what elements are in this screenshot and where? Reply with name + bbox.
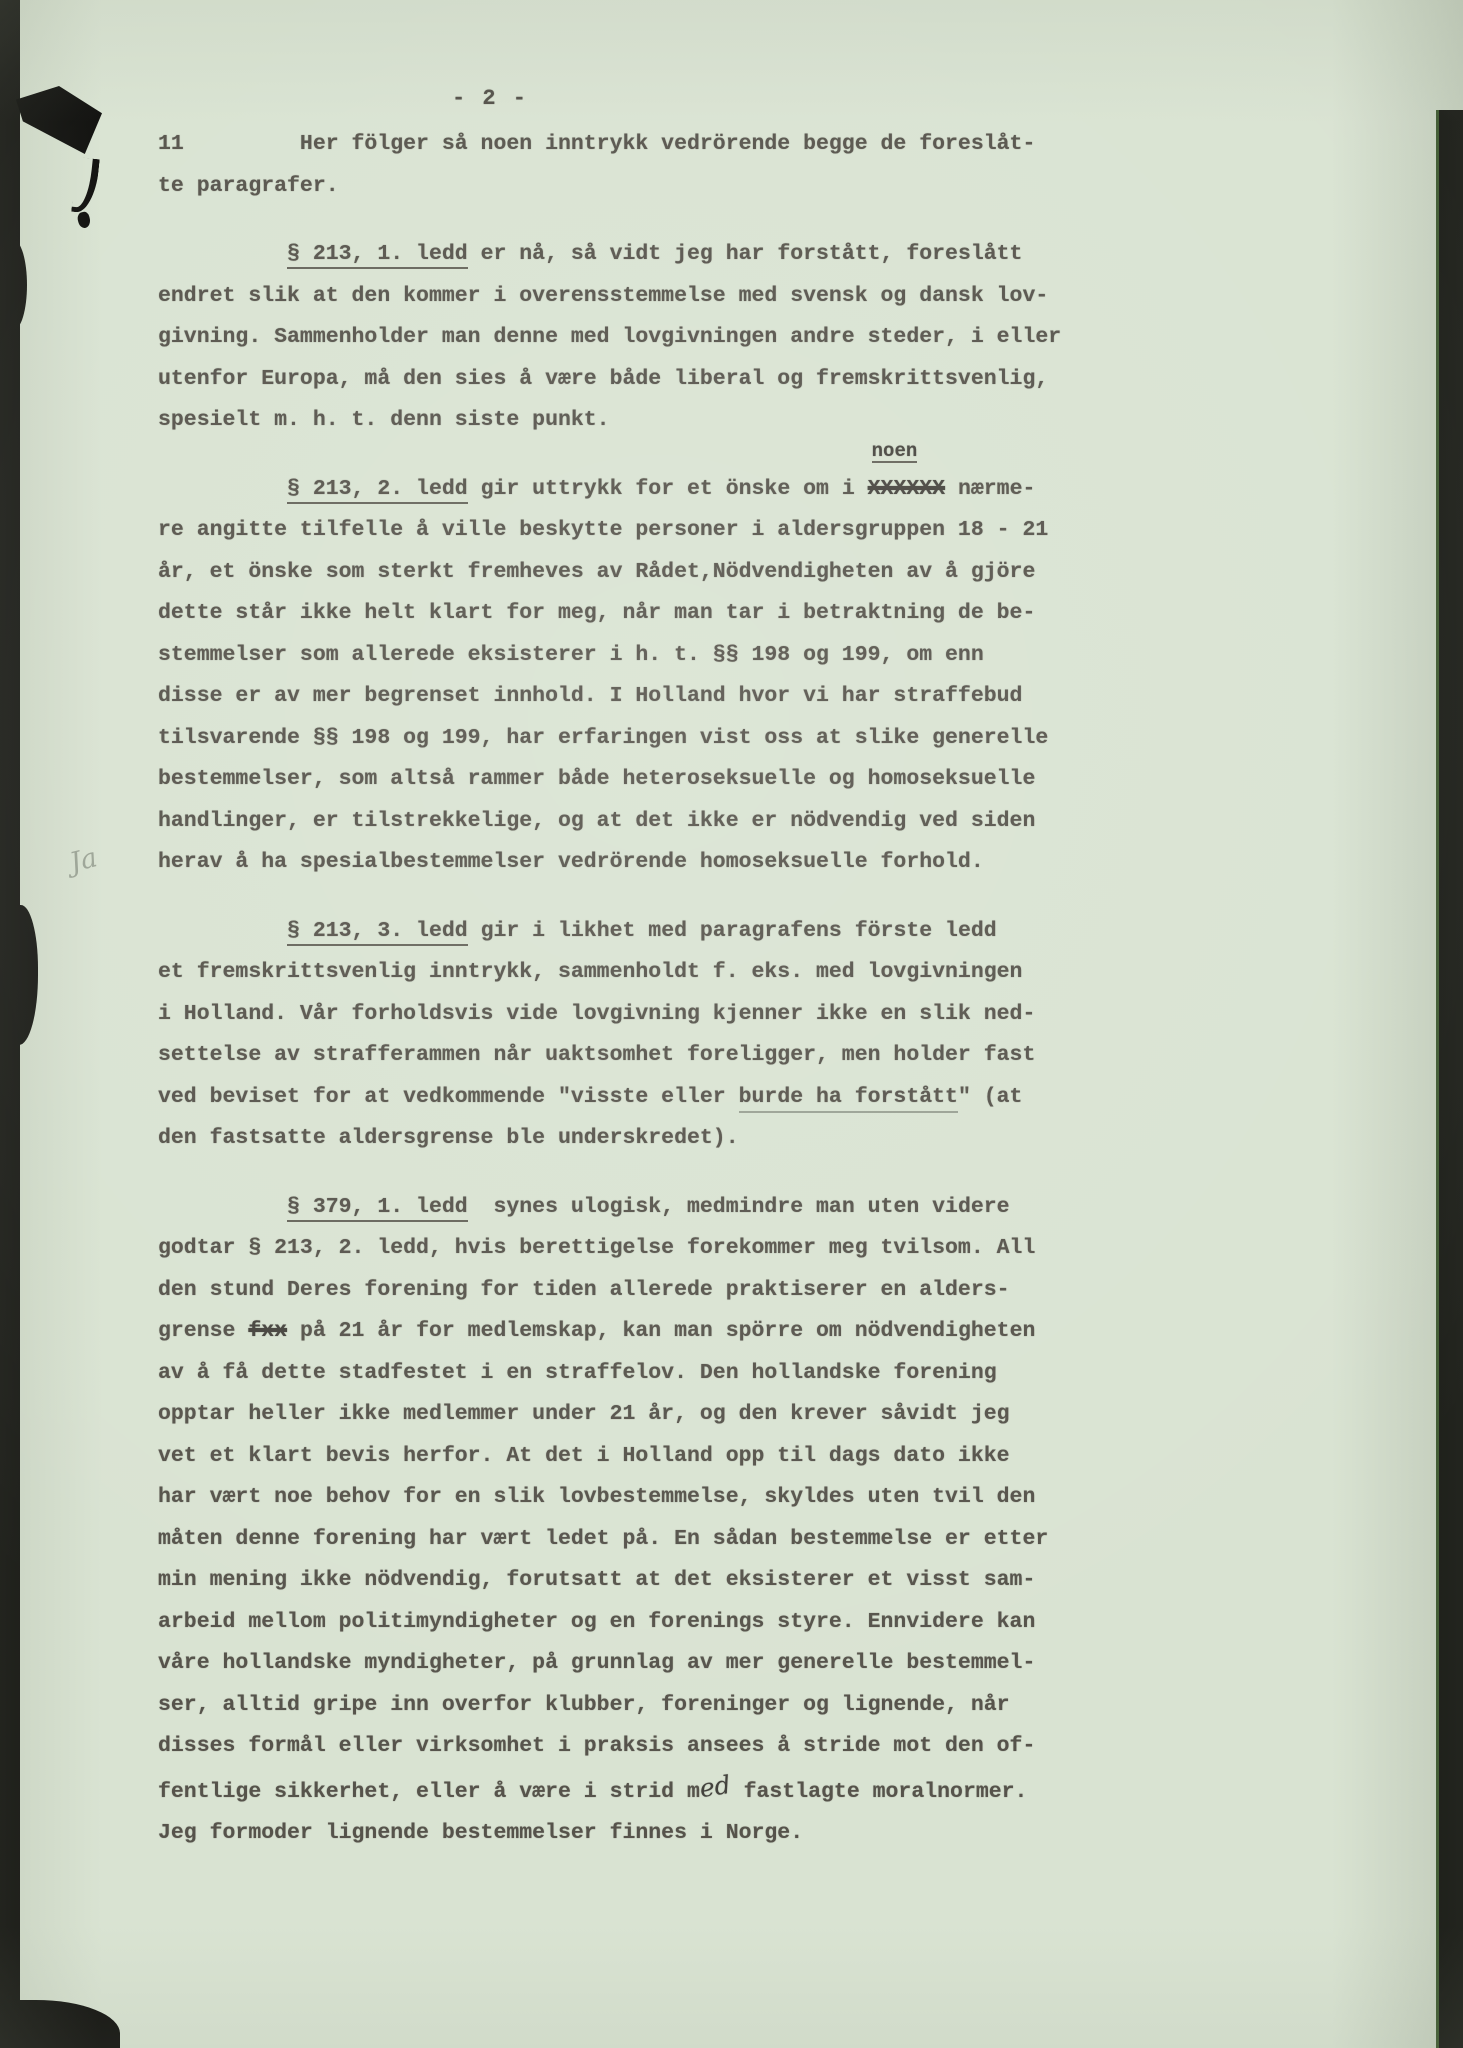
text-segment: fastlagte moralnormer. — [731, 1780, 1028, 1804]
text-segment: " (at — [958, 1085, 1023, 1109]
text-line: i Holland. Vår forholdsvis vide lovgivni… — [158, 994, 1158, 1036]
text-segment: den fastsatte aldersgrense ble underskre… — [158, 1126, 739, 1150]
text-line: te paragrafer. — [158, 166, 1158, 208]
paragraph: 11 Her fölger så noen inntrykk vedrörend… — [158, 124, 1158, 207]
text-segment: handlinger, er tilstrekkelige, og at det… — [158, 809, 1035, 833]
text-segment-u: § 213, 2. ledd — [287, 477, 468, 504]
text-line: et fremskrittsvenlig inntrykk, sammenhol… — [158, 952, 1158, 994]
text-segment: disses formål eller virksomhet i praksis… — [158, 1734, 1035, 1758]
text-line: disses formål eller virksomhet i praksis… — [158, 1726, 1158, 1768]
text-line: dette står ikke helt klart for meg, når … — [158, 593, 1158, 635]
text-line: den stund Deres forening for tiden aller… — [158, 1270, 1158, 1312]
text-line: arbeid mellom politimyndigheter og en fo… — [158, 1602, 1158, 1644]
scan-right-edge — [1436, 110, 1463, 2048]
text-segment: er nå, så vidt jeg har forstått, foreslå… — [468, 242, 1023, 266]
text-line: spesielt m. h. t. denn siste punkt. — [158, 400, 1158, 442]
text-segment-hand: ed — [697, 1764, 733, 1809]
text-segment: grense — [158, 1319, 248, 1343]
text-segment-pencil: burde ha forstått — [739, 1085, 958, 1113]
text-segment: gir i likhet med paragrafens förste ledd — [468, 919, 997, 943]
scanned-document-page: { "page": { "number_label": "- 2 -" }, "… — [0, 0, 1463, 2048]
text-segment: den stund Deres forening for tiden aller… — [158, 1278, 1010, 1302]
text-segment: måten denne forening har vært ledet på. … — [158, 1527, 1048, 1551]
text-segment-strike: fxx — [248, 1311, 287, 1353]
text-segment — [158, 477, 287, 501]
text-line: ser, alltid gripe inn overfor klubber, f… — [158, 1685, 1158, 1727]
typewritten-text: 11 Her fölger så noen inntrykk vedrörend… — [158, 124, 1158, 1855]
torn-corner-mark — [16, 86, 102, 154]
text-segment: på 21 år for medlemskap, kan man spörre … — [287, 1319, 1035, 1343]
text-line: godtar § 213, 2. ledd, hvis berettigelse… — [158, 1228, 1158, 1270]
text-segment: i Holland. Vår forholdsvis vide lovgivni… — [158, 1002, 1035, 1026]
ink-squiggle-dot — [76, 211, 92, 230]
text-segment: givning. Sammenholder man denne med lovg… — [158, 325, 1061, 349]
text-segment: dette står ikke helt klart for meg, når … — [158, 601, 1035, 625]
text-segment: nærme- — [945, 477, 1035, 501]
text-segment: min mening ikke nödvendig, forutsatt at … — [158, 1568, 1035, 1592]
text-segment: gir uttrykk for et önske om i — [468, 477, 868, 501]
text-segment: tilsvarende §§ 198 og 199, har erfaringe… — [158, 726, 1048, 750]
text-segment-u: § 213, 3. ledd — [287, 919, 468, 946]
text-segment: stemmelser som allerede eksisterer i h. … — [158, 643, 984, 667]
text-line: min mening ikke nödvendig, forutsatt at … — [158, 1560, 1158, 1602]
text-line: 11 Her fölger så noen inntrykk vedrörend… — [158, 124, 1158, 166]
text-line: settelse av strafferammen når uaktsomhet… — [158, 1035, 1158, 1077]
text-segment — [158, 242, 287, 266]
text-segment: Jeg formoder lignende bestemmelser finne… — [158, 1821, 803, 1845]
text-line: handlinger, er tilstrekkelige, og at det… — [158, 801, 1158, 843]
text-segment: endret slik at den kommer i overensstemm… — [158, 284, 1048, 308]
text-segment: re angitte tilfelle å ville beskytte per… — [158, 518, 1048, 542]
text-segment: bestemmelser, som altså rammer både hete… — [158, 767, 1035, 791]
paragraph: § 213, 2. ledd gir uttrykk for et önske … — [158, 469, 1158, 884]
text-line: har vært noe behov for en slik lovbestem… — [158, 1477, 1158, 1519]
text-line: måten denne forening har vært ledet på. … — [158, 1519, 1158, 1561]
text-line: av å få dette stadfestet i en straffelov… — [158, 1353, 1158, 1395]
text-line: vet et klart bevis herfor. At det i Holl… — [158, 1436, 1158, 1478]
paragraph: § 213, 1. ledd er nå, så vidt jeg har fo… — [158, 234, 1158, 442]
text-segment: synes ulogisk, medmindre man uten videre — [468, 1195, 1010, 1219]
scan-edge-blob — [0, 240, 27, 330]
ink-squiggle — [71, 157, 100, 214]
text-segment: disse er av mer begrenset innhold. I Hol… — [158, 684, 1022, 708]
text-segment: år, et önske som sterkt fremheves av Råd… — [158, 560, 1035, 584]
page-number: - 2 - — [452, 86, 528, 111]
text-line: re angitte tilfelle å ville beskytte per… — [158, 510, 1158, 552]
scan-edge-blob — [0, 2000, 120, 2048]
margin-pencil-scribble: Ja — [67, 842, 101, 879]
text-line: Jeg formoder lignende bestemmelser finne… — [158, 1813, 1158, 1855]
text-segment: te paragrafer. — [158, 174, 339, 198]
text-segment: settelse av strafferammen når uaktsomhet… — [158, 1043, 1035, 1067]
inserted-word: noen — [872, 442, 918, 463]
text-line: disse er av mer begrenset innhold. I Hol… — [158, 676, 1158, 718]
text-segment: utenfor Europa, må den sies å være både … — [158, 367, 1048, 391]
text-segment: arbeid mellom politimyndigheter og en fo… — [158, 1610, 1035, 1634]
text-line: den fastsatte aldersgrense ble underskre… — [158, 1118, 1158, 1160]
text-segment: fentlige sikkerhet, eller å være i strid… — [158, 1780, 700, 1804]
text-line: fentlige sikkerhet, eller å være i strid… — [158, 1768, 1158, 1814]
text-line: våre hollandske myndigheter, på grunnlag… — [158, 1643, 1158, 1685]
text-segment: vet et klart bevis herfor. At det i Holl… — [158, 1444, 1010, 1468]
text-segment — [158, 1195, 287, 1219]
text-line: endret slik at den kommer i overensstemm… — [158, 276, 1158, 318]
paragraph: § 213, 3. ledd gir i likhet med paragraf… — [158, 911, 1158, 1160]
text-segment: godtar § 213, 2. ledd, hvis berettigelse… — [158, 1236, 1035, 1260]
text-segment: ser, alltid gripe inn overfor klubber, f… — [158, 1693, 1010, 1717]
text-line: grense fxx på 21 år for medlemskap, kan … — [158, 1311, 1158, 1353]
text-line: tilsvarende §§ 198 og 199, har erfaringe… — [158, 718, 1158, 760]
text-line: § 213, 2. ledd gir uttrykk for et önske … — [158, 469, 1158, 511]
text-segment: ved beviset for at vedkommende "visste e… — [158, 1085, 739, 1109]
text-segment-u: § 379, 1. ledd — [287, 1195, 468, 1222]
text-segment-u: § 213, 1. ledd — [287, 242, 468, 269]
paragraph: § 379, 1. ledd synes ulogisk, medmindre … — [158, 1187, 1158, 1855]
text-segment: et fremskrittsvenlig inntrykk, sammenhol… — [158, 960, 1022, 984]
text-segment: har vært noe behov for en slik lovbestem… — [158, 1485, 1035, 1509]
text-segment: våre hollandske myndigheter, på grunnlag… — [158, 1651, 1035, 1675]
text-line: givning. Sammenholder man denne med lovg… — [158, 317, 1158, 359]
text-segment-strike: XXXXXXnoen — [868, 469, 945, 511]
text-line: § 379, 1. ledd synes ulogisk, medmindre … — [158, 1187, 1158, 1229]
text-line: § 213, 1. ledd er nå, så vidt jeg har fo… — [158, 234, 1158, 276]
text-segment: spesielt m. h. t. denn siste punkt. — [158, 408, 610, 432]
text-line: herav å ha spesialbestemmelser vedrörend… — [158, 842, 1158, 884]
text-line: år, et önske som sterkt fremheves av Råd… — [158, 552, 1158, 594]
text-segment: 11 Her fölger så noen inntrykk vedrörend… — [158, 132, 1035, 156]
text-line: § 213, 3. ledd gir i likhet med paragraf… — [158, 911, 1158, 953]
text-segment: herav å ha spesialbestemmelser vedrörend… — [158, 850, 984, 874]
text-line: bestemmelser, som altså rammer både hete… — [158, 759, 1158, 801]
text-line: utenfor Europa, må den sies å være både … — [158, 359, 1158, 401]
text-segment: opptar heller ikke medlemmer under 21 år… — [158, 1402, 1010, 1426]
text-line: stemmelser som allerede eksisterer i h. … — [158, 635, 1158, 677]
text-line: opptar heller ikke medlemmer under 21 år… — [158, 1394, 1158, 1436]
text-line: ved beviset for at vedkommende "visste e… — [158, 1077, 1158, 1119]
scan-edge-blob — [0, 905, 38, 1045]
text-segment — [158, 919, 287, 943]
text-segment: av å få dette stadfestet i en straffelov… — [158, 1361, 997, 1385]
